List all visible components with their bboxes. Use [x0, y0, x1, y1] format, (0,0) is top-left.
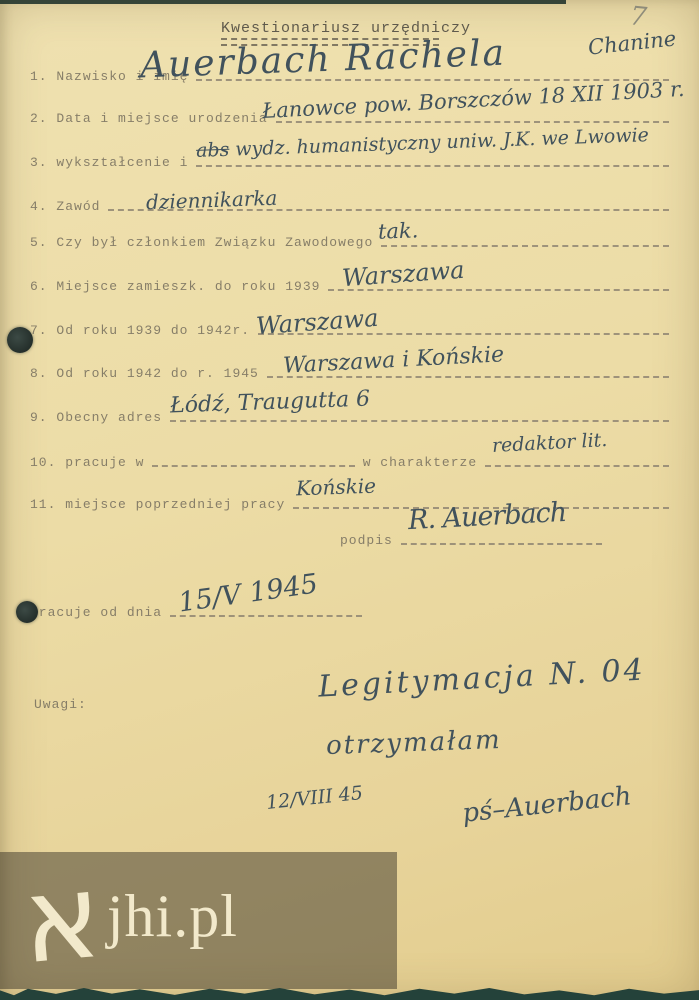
signature-handwriting: R. Auerbach [407, 499, 566, 534]
dashed-line [401, 542, 602, 545]
field-label: 7. Od roku 1939 do 1942r. [30, 323, 250, 338]
field-label-text: Zawód [56, 199, 100, 214]
form-row-4: 4. Zawód [30, 194, 669, 214]
field-no: 4. [30, 199, 48, 214]
field-no: 7. [30, 323, 48, 338]
dashed-line [196, 164, 669, 167]
watermark-banner: א jhi.pl [0, 852, 397, 989]
field-label-text: wykształcenie i [56, 155, 188, 170]
punch-hole [7, 327, 33, 353]
corner-annotation-handwriting: Chanine [587, 28, 677, 58]
field-no: 10. [30, 455, 56, 470]
scan-top-edge [0, 0, 566, 4]
remarks-label: Uwagi: [34, 697, 87, 712]
crossed-out-word: abs [196, 139, 230, 162]
field-label: 10. pracuje w [30, 455, 144, 470]
field-label-text: pracuje w [65, 455, 144, 470]
field-no: 1. [30, 69, 48, 84]
handwriting-note-line2: otrzymałam [326, 727, 502, 759]
field-no: 5. [30, 235, 48, 250]
dashed-line [381, 244, 669, 247]
field-label: 6. Miejsce zamieszk. do roku 1939 [30, 279, 320, 294]
form-row-5: 5. Czy był członkiem Związku Zawodowego [30, 230, 669, 250]
field-no: 2. [30, 111, 48, 126]
form-row-10: 10. pracuje w w charakterze [30, 450, 669, 470]
scanned-document: Kwestionariusz urzędniczy 7 Chanine 1. N… [0, 0, 699, 1000]
field-label-2: w charakterze [363, 455, 477, 470]
handwriting-note-date: 12/VIII 45 [265, 784, 364, 813]
field-label: 3. wykształcenie i [30, 155, 188, 170]
dashed-line [170, 419, 669, 422]
handwriting-note-line1: Legitymacja N. 04 [317, 655, 646, 702]
field-label: 8. Od roku 1942 do r. 1945 [30, 366, 259, 381]
aleph-logo-icon: א [17, 855, 106, 979]
handwriting-previous-work: Końskie [296, 476, 377, 499]
field-label: 2. Data i miejsce urodzenia [30, 111, 268, 126]
employment-label: pracuje od dnia [30, 605, 162, 620]
field-label-text: Od roku 1942 do r. 1945 [56, 366, 258, 381]
dashed-line [152, 464, 354, 467]
signature-label: podpis [340, 533, 393, 548]
handwriting-profession: dziennikarka [146, 188, 278, 213]
field-no: 3. [30, 155, 48, 170]
page-number-pencil: 7 [629, 3, 648, 31]
field-label-text: Data i miejsce urodzenia [56, 111, 267, 126]
dashed-line [485, 464, 669, 467]
handwriting-note-signature: pś–Auerbach [461, 783, 633, 827]
field-label-text: Miejsce zamieszk. do roku 1939 [56, 279, 320, 294]
field-no: 9. [30, 410, 48, 425]
field-label-text: Czy był członkiem Związku Zawodowego [56, 235, 373, 250]
field-label-text: Od roku 1939 do 1942r. [56, 323, 250, 338]
punch-hole [16, 601, 38, 623]
dashed-line [276, 120, 669, 123]
watermark-site-text: jhi.pl [107, 882, 238, 951]
field-label: 5. Czy był członkiem Związku Zawodowego [30, 235, 373, 250]
handwriting-union: tak. [378, 220, 419, 242]
field-no: 8. [30, 366, 48, 381]
field-label-text: miejsce poprzedniej pracy [65, 497, 285, 512]
field-label-text: Obecny adres [56, 410, 162, 425]
field-no: 11. [30, 497, 56, 512]
field-label: 9. Obecny adres [30, 410, 162, 425]
field-label: 11. miejsce poprzedniej pracy [30, 497, 285, 512]
field-no: 6. [30, 279, 48, 294]
field-label: 4. Zawód [30, 199, 100, 214]
